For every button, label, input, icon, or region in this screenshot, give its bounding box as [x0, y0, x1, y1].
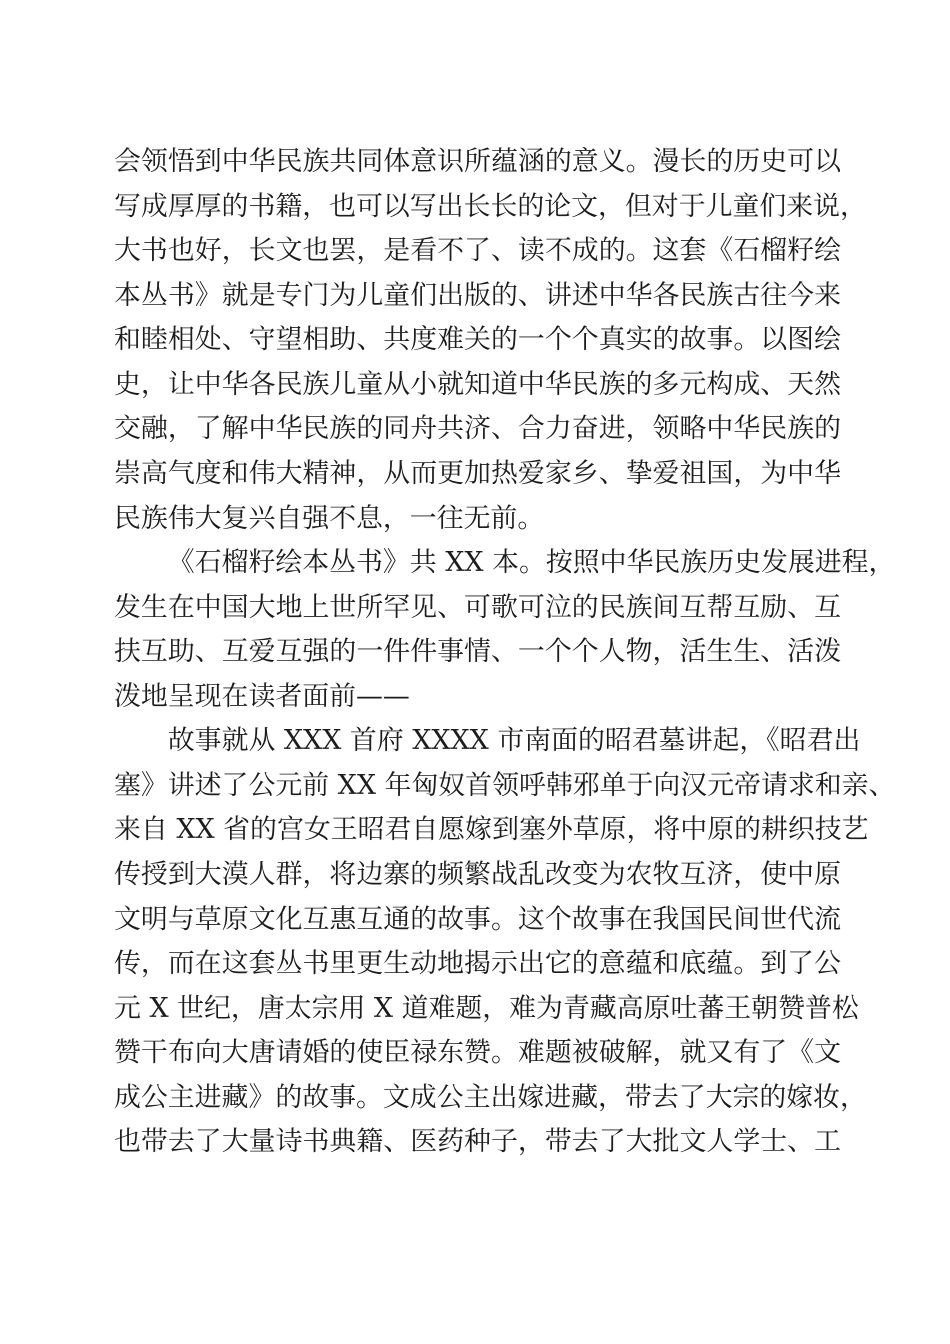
text-line: 民族伟大复兴自强不息，一往无前。 [114, 497, 841, 542]
text-line: 来自 XX 省的宫女王昭君自愿嫁到塞外草原，将中原的耕织技艺 [114, 808, 841, 853]
text-line: 交融，了解中华民族的同舟共济、合力奋进，领略中华民族的 [114, 407, 841, 452]
text-line: 史，让中华各民族儿童从小就知道中华民族的多元构成、天然 [114, 363, 841, 408]
paragraph-stories: 故事就从 XXX 首府 XXXX 市南面的昭君墓讲起，《昭君出 塞》讲述了公元前… [114, 719, 950, 1165]
paragraph-series-overview: 《石榴籽绘本丛书》共 XX 本。按照中华民族历史发展进程， 发生在中国大地上世所… [114, 541, 950, 719]
text-line: 大书也好，长文也罢，是看不了、读不成的。这套《石榴籽绘 [114, 229, 841, 274]
text-line: 泼地呈现在读者面前—— [114, 675, 841, 720]
text-line: 会领悟到中华民族共同体意识所蕴涵的意义。漫长的历史可以 [114, 140, 841, 185]
text-line: 也带去了大量诗书典籍、医药种子，带去了大批文人学士、工 [114, 1120, 841, 1165]
text-line: 传，而在这套丛书里更生动地揭示出它的意蕴和底蕴。到了公 [114, 942, 841, 987]
text-line: 本丛书》就是专门为儿童们出版的、讲述中华各民族古往今来 [114, 274, 841, 319]
text-line: 赞干布向大唐请婚的使臣禄东赞。难题被破解，就又有了《文 [114, 1031, 841, 1076]
text-line: 扶互助、互爱互强的一件件事情、一个个人物，活生生、活泼 [114, 630, 841, 675]
text-line: 传授到大漠人群，将边寨的频繁战乱改变为农牧互济，使中原 [114, 853, 841, 898]
text-line: 崇高气度和伟大精神，从而更加热爱家乡、挚爱祖国，为中华 [114, 452, 841, 497]
text-line: 成公主进藏》的故事。文成公主出嫁进藏，带去了大宗的嫁妆， [114, 1076, 841, 1121]
text-line: 和睦相处、守望相助、共度难关的一个个真实的故事。以图绘 [114, 318, 841, 363]
text-line: 《石榴籽绘本丛书》共 XX 本。按照中华民族历史发展进程， [114, 541, 841, 586]
text-line: 故事就从 XXX 首府 XXXX 市南面的昭君墓讲起，《昭君出 [114, 719, 841, 764]
text-line: 元 X 世纪，唐太宗用 X 道难题，难为青藏高原吐蕃王朝赞普松 [114, 987, 841, 1032]
text-line: 文明与草原文化互惠互通的故事。这个故事在我国民间世代流 [114, 898, 841, 943]
document-page: 会领悟到中华民族共同体意识所蕴涵的意义。漫长的历史可以 写成厚厚的书籍，也可以写… [0, 0, 950, 1344]
text-line: 塞》讲述了公元前 XX 年匈奴首领呼韩邪单于向汉元帝请求和亲、 [114, 764, 841, 809]
paragraph-intro: 会领悟到中华民族共同体意识所蕴涵的意义。漫长的历史可以 写成厚厚的书籍，也可以写… [114, 140, 950, 541]
text-line: 写成厚厚的书籍，也可以写出长长的论文，但对于儿童们来说， [114, 185, 841, 230]
text-line: 发生在中国大地上世所罕见、可歌可泣的民族间互帮互励、互 [114, 586, 841, 631]
